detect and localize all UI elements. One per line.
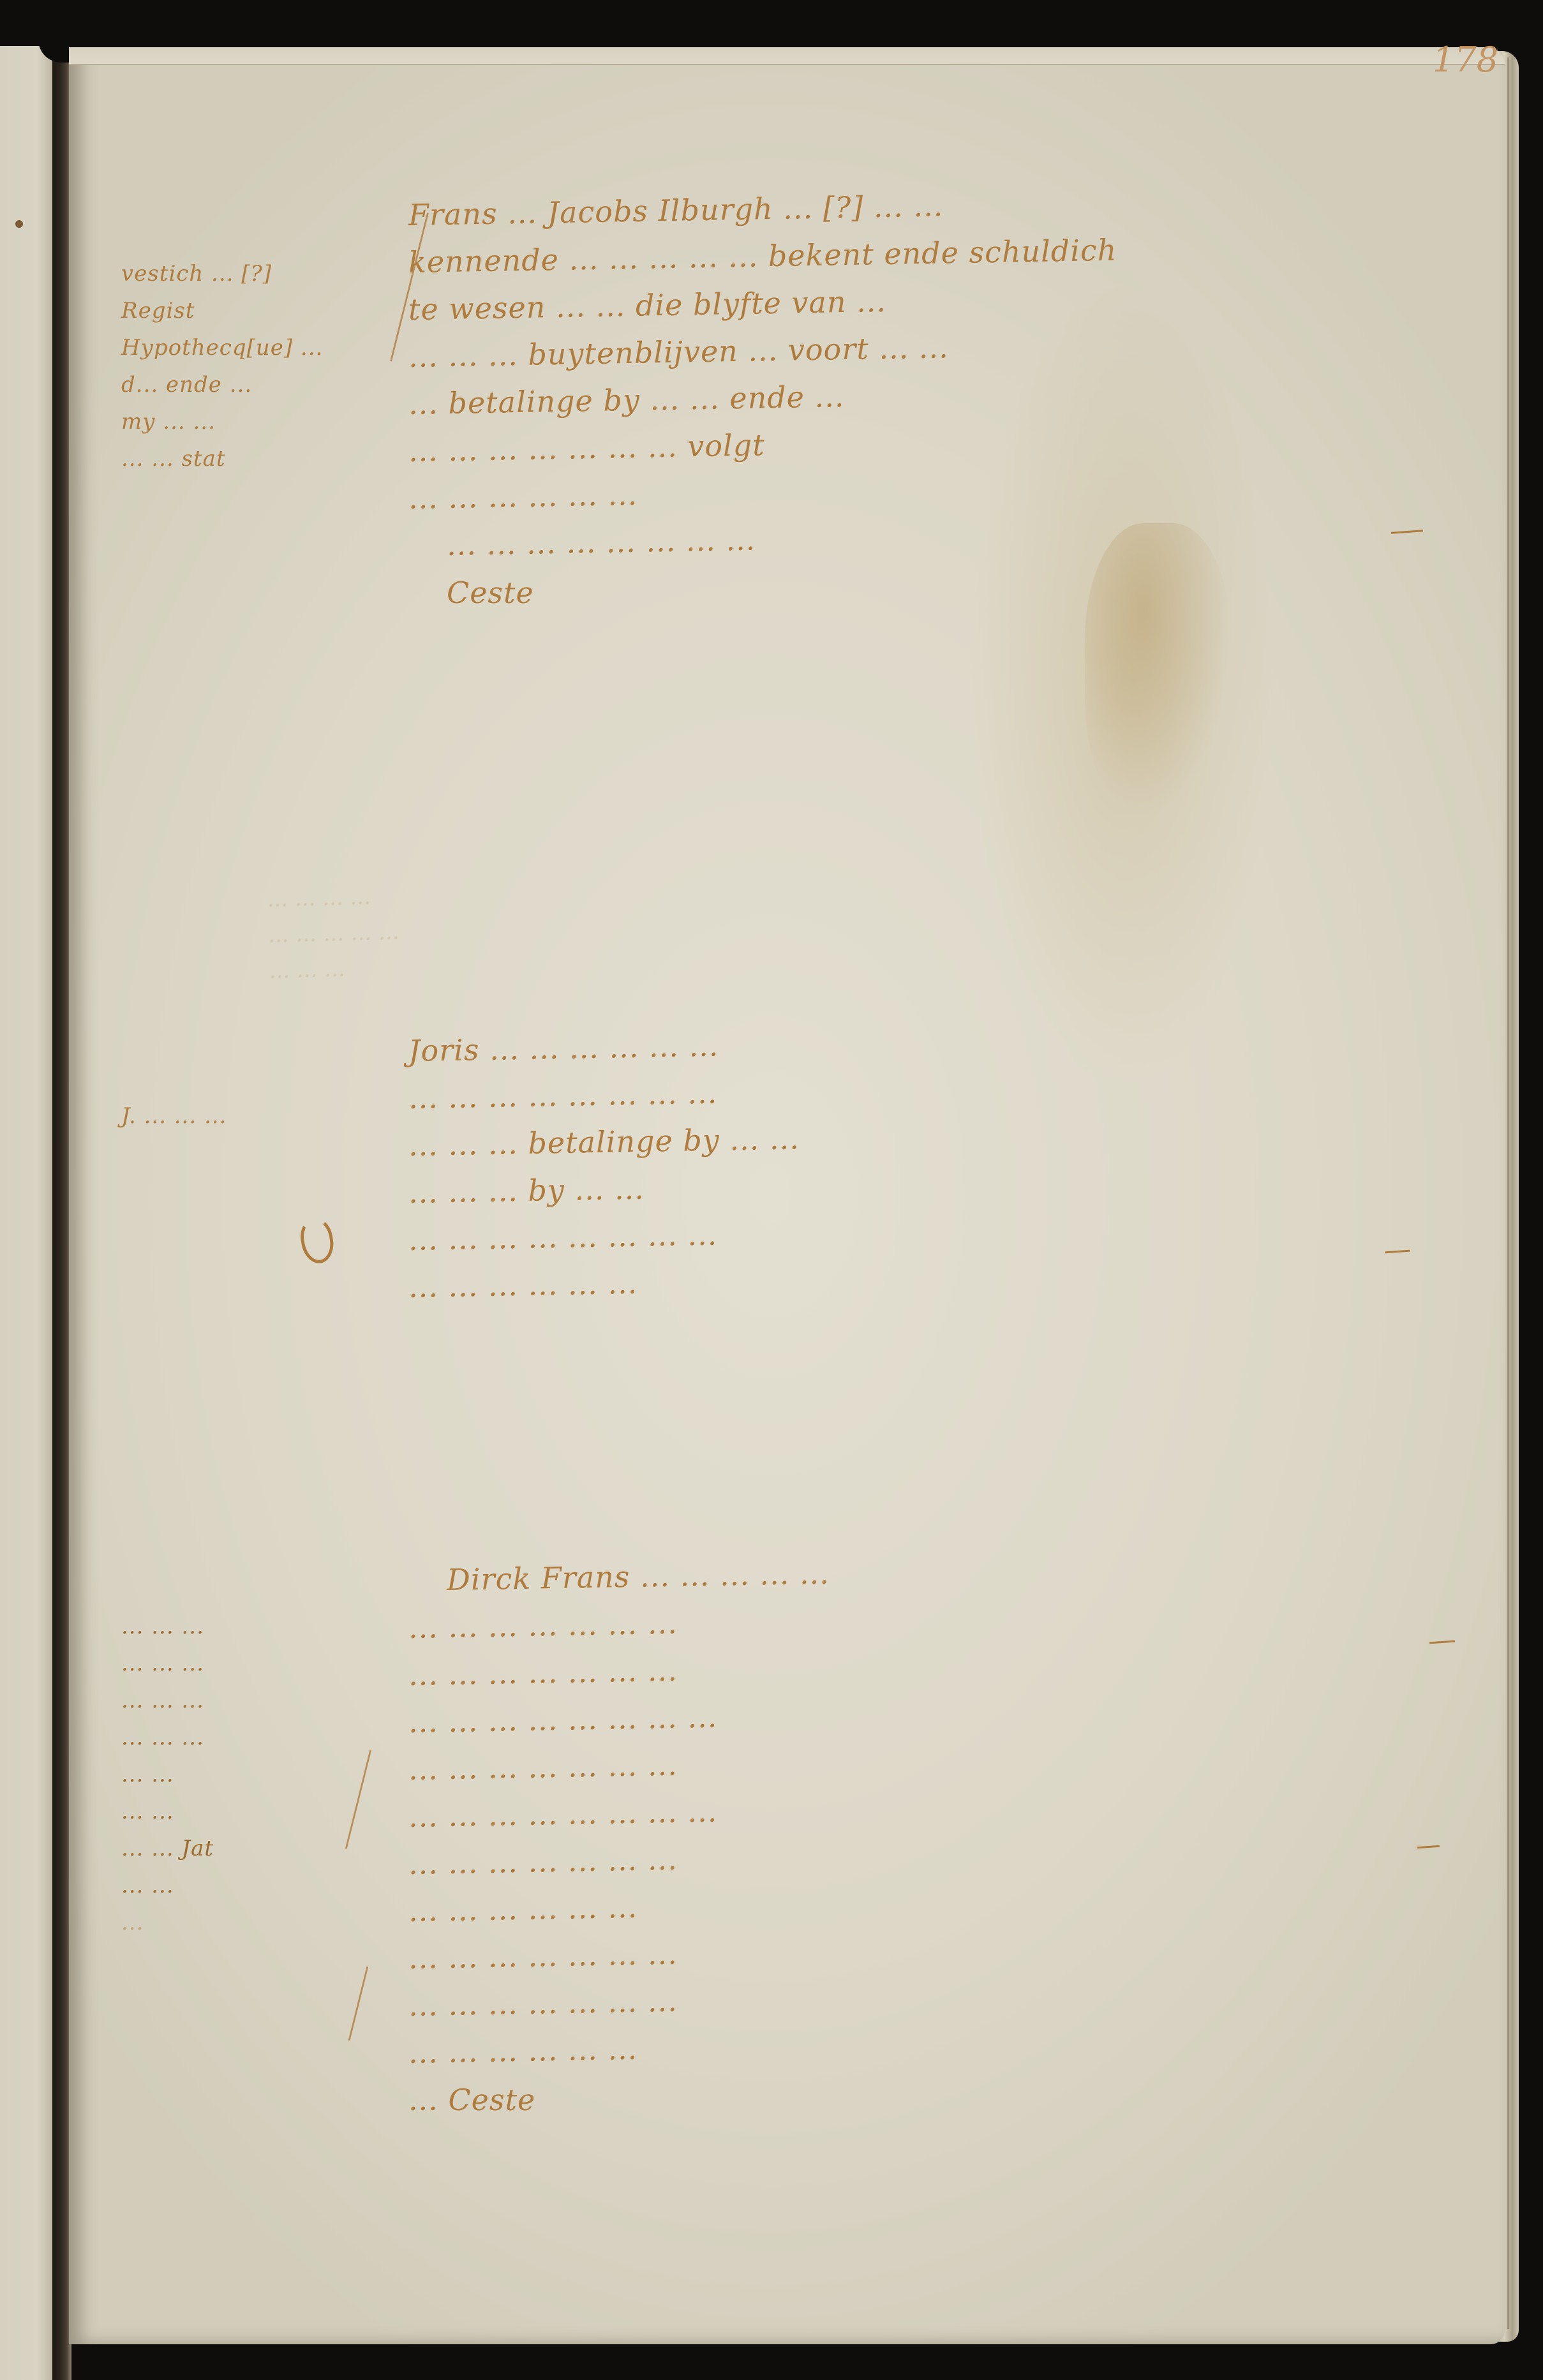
margin-line: Hypothecq[ue] ... [121,329,402,366]
margin-note-entry-2: J. ... ... ... [121,1097,415,1134]
page-top-fold [69,47,1505,65]
entry-2: Joris ... ... ... ... ... ... ... ... ..… [408,1027,1493,1311]
margin-line: Regist [121,292,402,329]
margin-line: ... [121,1904,402,1941]
margin-line: ... ... [121,1793,402,1830]
margin-line: my ... ... [121,403,402,440]
margin-line: ... ... stat [121,440,402,477]
margin-line: vestich ... [?] [121,255,402,292]
margin-line: ... ... ... [121,1719,402,1756]
entry-line: ... Ceste [408,2076,1493,2123]
show-through-text: ... ... ... ... ... ... ... ... ... ... … [267,866,844,989]
margin-note-entry-1: vestich ... [?] Regist Hypothecq[ue] ...… [121,255,402,477]
margin-line: ... ... ... [121,1645,402,1682]
margin-line: J. ... ... ... [121,1097,415,1134]
margin-line: ... ... ... [121,1608,402,1645]
margin-line: ... ... Jat [121,1830,402,1867]
ink-spot [15,220,23,228]
entry-3: Dirck Frans ... ... ... ... ... ... ... … [408,1557,1493,2123]
entry-line: Ceste [408,569,1493,616]
facing-page-edge [0,46,54,2380]
folio-number: 178 [1433,40,1498,80]
page-edge-line [1507,57,1509,2329]
margin-line: d... ende ... [121,366,402,403]
margin-line: ... ... [121,1867,402,1904]
margin-line: ... ... ... [121,1682,402,1719]
margin-note-entry-3: ... ... ... ... ... ... ... ... ... ... … [121,1608,402,1941]
entry-1: Frans ... Jacobs Ilburgh ... [?] ... ...… [408,191,1493,616]
